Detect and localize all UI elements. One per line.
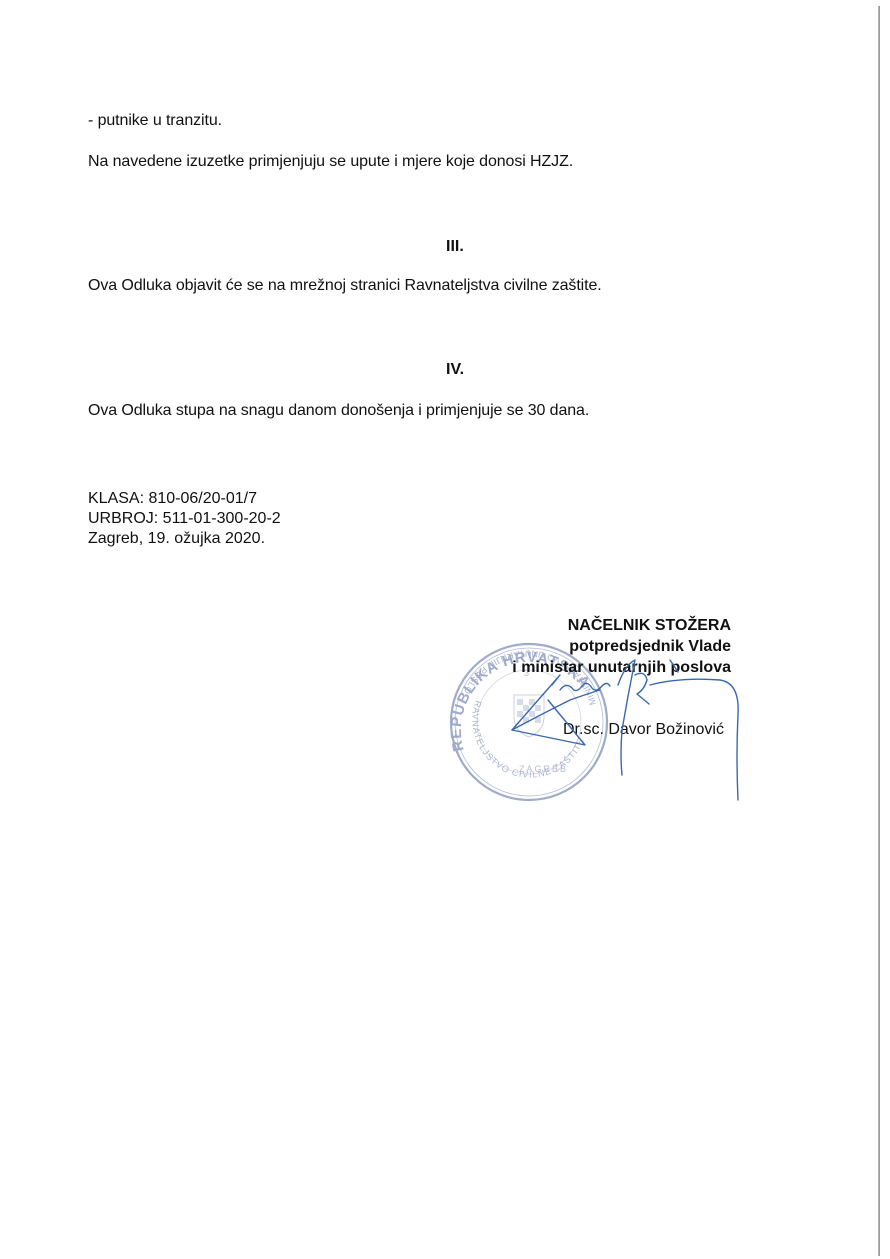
place-date: Zagreb, 19. ožujka 2020.: [88, 529, 281, 549]
handwritten-signature: [500, 655, 760, 805]
klasa-reference: KLASA: 810-06/20-01/7: [88, 489, 281, 509]
urbroj-reference: URBROJ: 511-01-300-20-2: [88, 509, 281, 529]
section-heading-iv: IV.: [446, 361, 464, 379]
section-iii-text: Ova Odluka objavit će se na mrežnoj stra…: [88, 277, 602, 295]
exceptions-note-text: Na navedene izuzetke primjenjuju se uput…: [88, 153, 573, 171]
section-heading-iii: III.: [446, 238, 464, 256]
page-edge-divider: [878, 6, 880, 1256]
signatory-title: NAČELNIK STOŽERA: [512, 615, 731, 636]
document-reference-block: KLASA: 810-06/20-01/7 URBROJ: 511-01-300…: [88, 489, 281, 549]
bullet-transit-text: - putnike u tranzitu.: [88, 112, 222, 130]
section-iv-text: Ova Odluka stupa na snagu danom donošenj…: [88, 402, 589, 420]
signatory-role-line-1: potpredsjednik Vlade: [512, 636, 731, 657]
